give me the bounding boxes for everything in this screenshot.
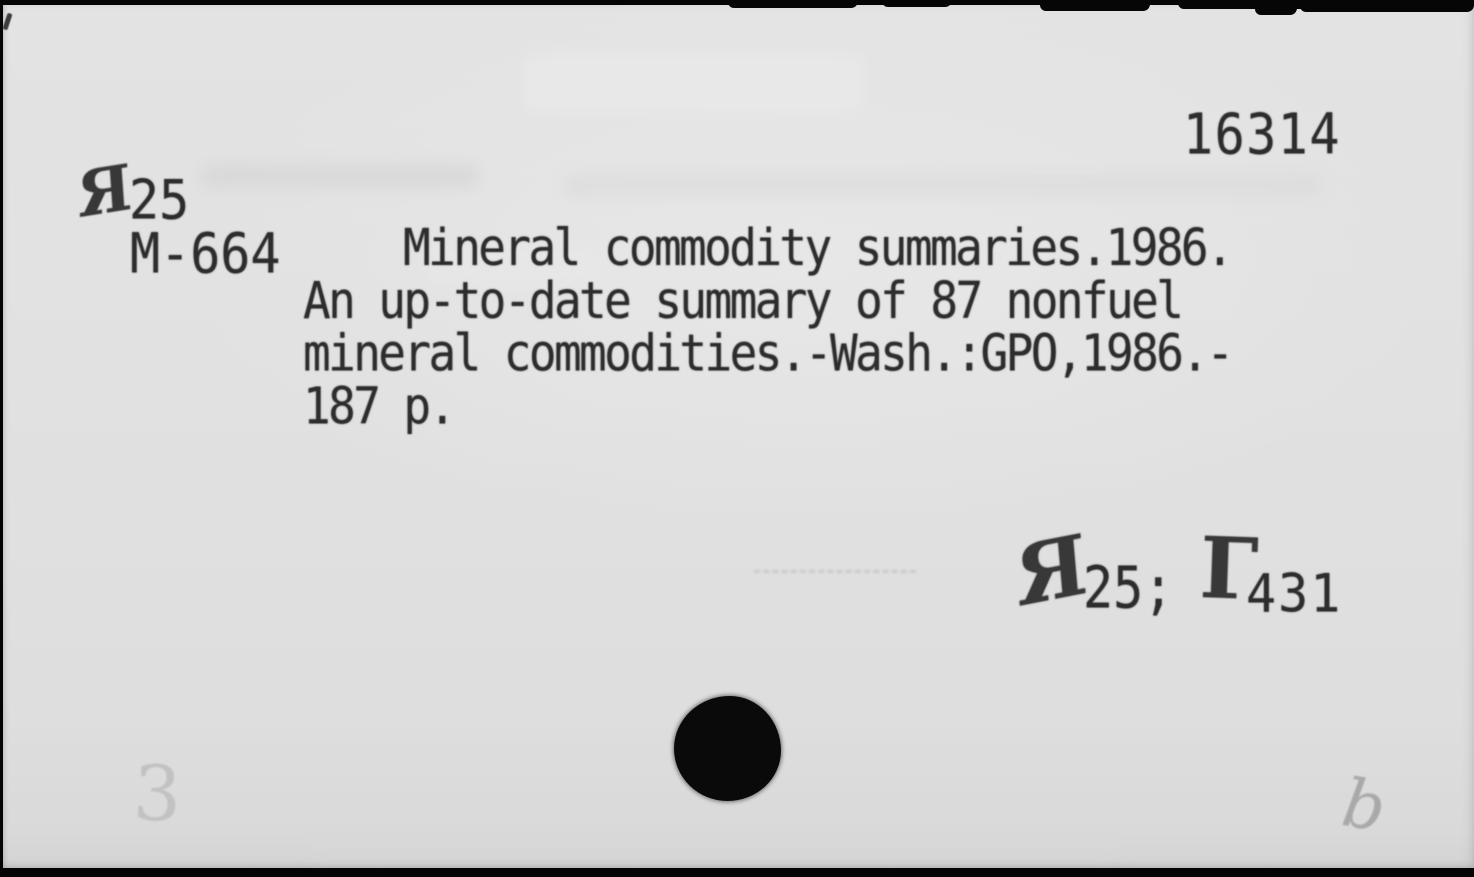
pencil-mark-bottom-right: b bbox=[1337, 764, 1391, 847]
entry-line-title: Mineral commodity summaries.1986. bbox=[303, 221, 1232, 274]
call-number: 25; bbox=[1083, 554, 1173, 621]
faint-dashed-line bbox=[754, 570, 916, 573]
scan-smudge bbox=[303, 833, 1123, 855]
shelf-code: M-664 bbox=[130, 222, 281, 286]
entry-line-subtitle: An up-to-date summary of 87 nonfuel bbox=[303, 274, 1232, 327]
handwritten-call-letter-ya: Я bbox=[1011, 516, 1090, 626]
pencil-mark-bottom-left: 3 bbox=[131, 748, 182, 839]
scan-border-blob bbox=[1040, 0, 1150, 11]
bibliographic-entry: Mineral commodity summaries.1986. An up-… bbox=[303, 221, 1232, 432]
scan-border-blob bbox=[1300, 0, 1474, 12]
scan-border-blob bbox=[1255, 0, 1297, 15]
scan-smudge bbox=[200, 163, 480, 189]
accession-number: 16314 bbox=[1183, 102, 1341, 167]
scan-smudge bbox=[563, 173, 1323, 197]
punch-hole-dot bbox=[674, 696, 781, 801]
handwritten-series-letter-ya: Я bbox=[75, 151, 134, 233]
scan-border-blob bbox=[728, 0, 858, 8]
entry-line-imprint: mineral commodities.-Wash.:GPO,1986.- bbox=[303, 327, 1232, 380]
card-surface: 16314 Я 25 M-664 Mineral commodity summa… bbox=[3, 5, 1474, 868]
section-number: 431 bbox=[1246, 563, 1342, 624]
entry-line-pagination: 187 p. bbox=[303, 379, 1232, 432]
scan-smudge bbox=[523, 53, 863, 113]
scanned-catalog-card: 16314 Я 25 M-664 Mineral commodity summa… bbox=[0, 0, 1474, 877]
scan-border-blob bbox=[882, 0, 952, 7]
